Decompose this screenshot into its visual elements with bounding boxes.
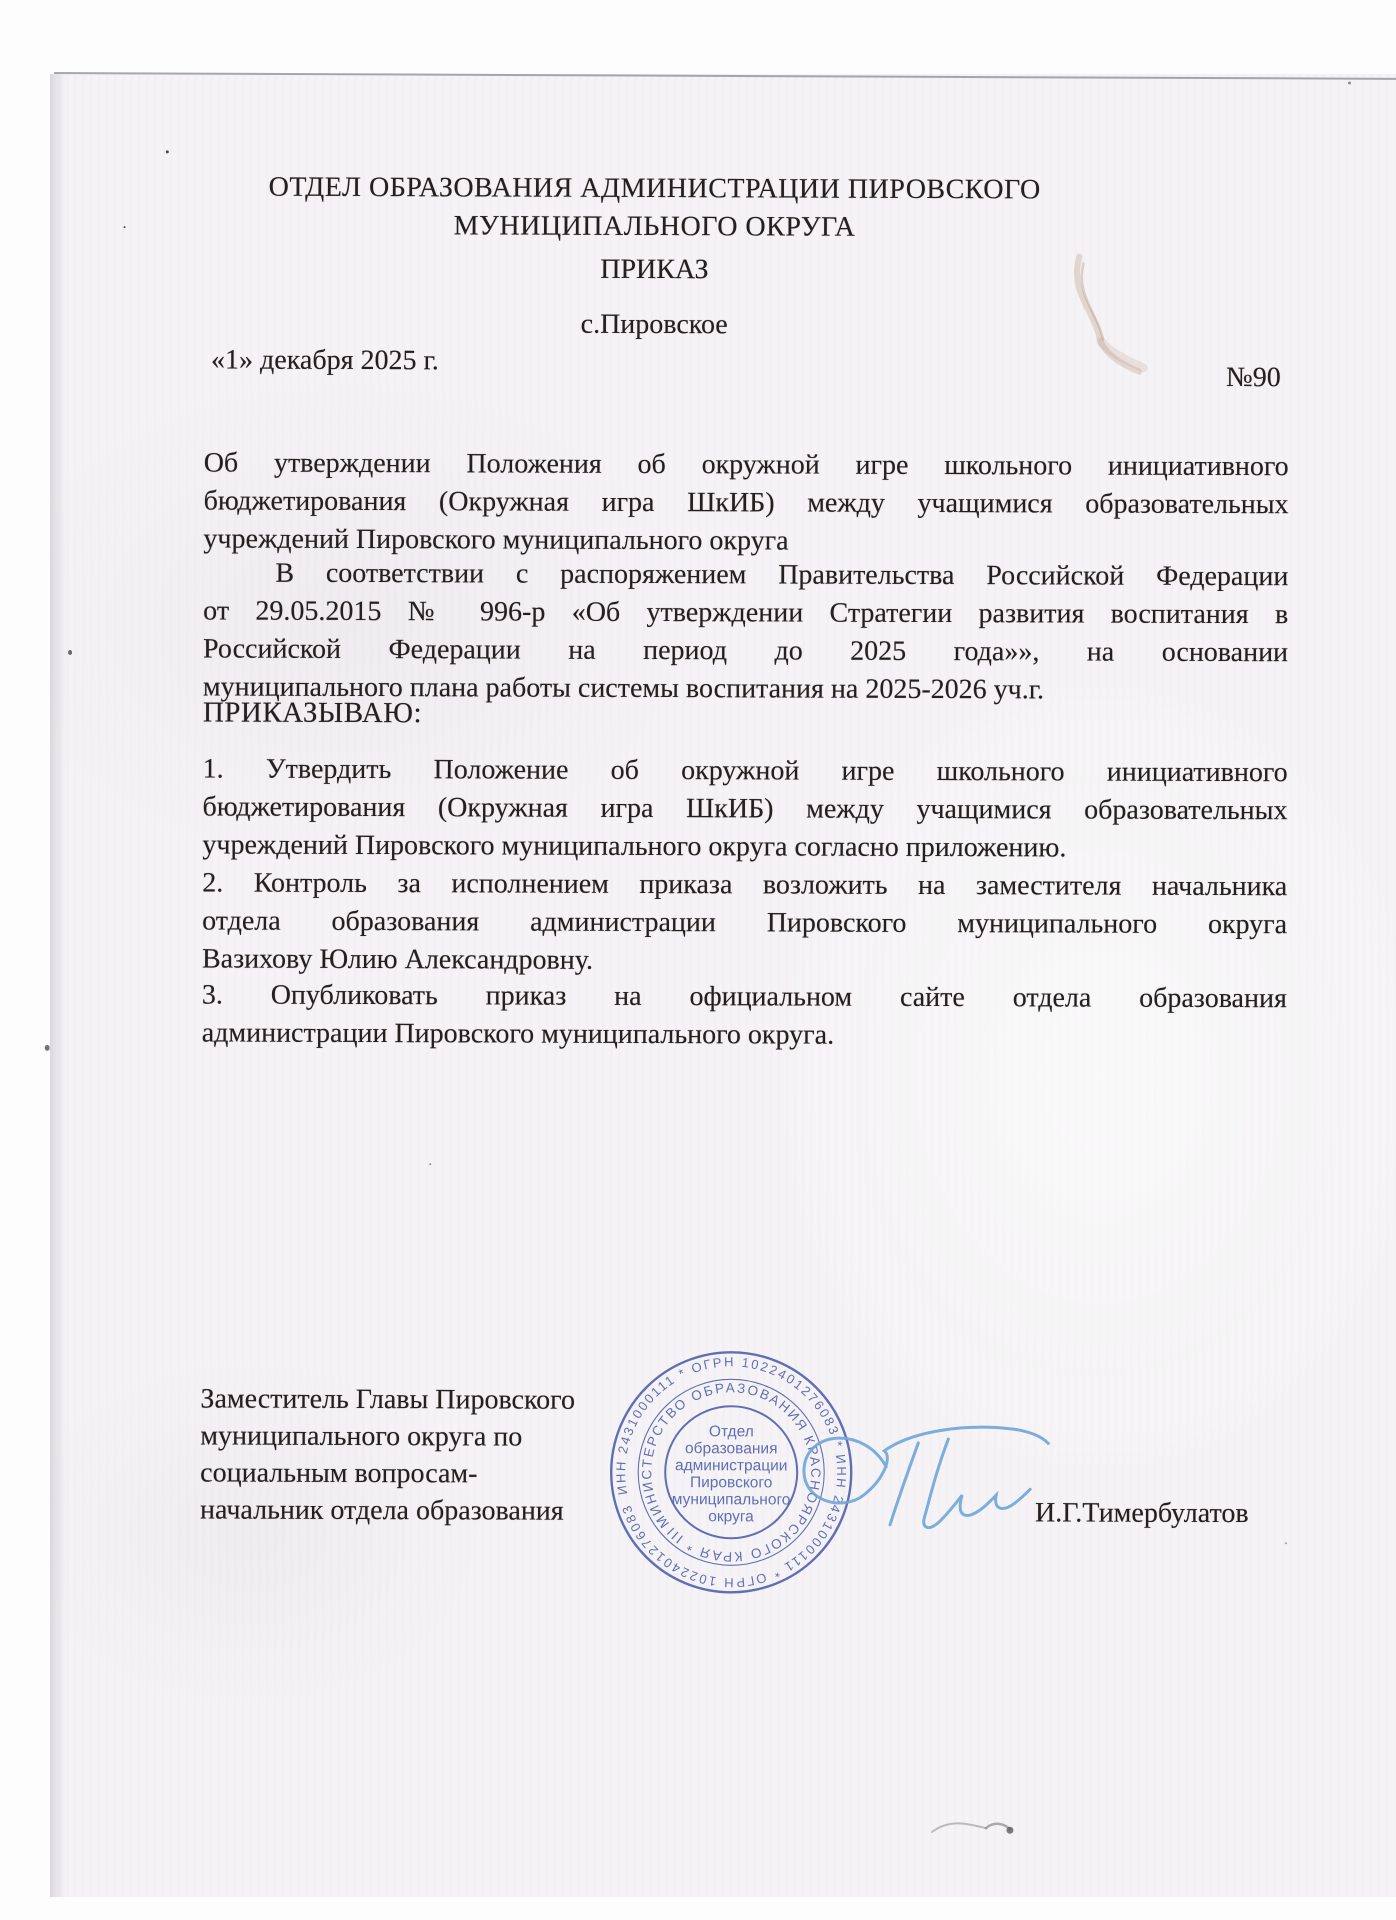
subject-line: Об утверждении Положения об окружной игр… bbox=[204, 444, 1289, 486]
subject-paragraph: Об утверждении Положения об окружной игр… bbox=[203, 444, 1288, 562]
org-name-line2: МУНИЦИПАЛЬНОГО ОКРУГА bbox=[249, 207, 1059, 248]
seal-center-line: Пировского bbox=[690, 1474, 772, 1491]
document-number: №90 bbox=[1226, 362, 1281, 394]
settlement-name: с.Пировское bbox=[249, 308, 1059, 343]
order-item-line: 2. Контроль за исполнением приказа возло… bbox=[202, 864, 1287, 906]
order-item-line: 1. Утвердить Положение об окружной игре … bbox=[203, 750, 1288, 792]
subject-line: бюджетирования (Окружная игра ШкИБ) межд… bbox=[204, 482, 1289, 524]
intro-paragraph: В соответствии с распоряжением Правитель… bbox=[203, 554, 1289, 710]
signature-ink bbox=[790, 1408, 1071, 1579]
scan-speck bbox=[1348, 81, 1351, 84]
order-item-3: 3. Опубликовать приказ на официальном са… bbox=[202, 976, 1287, 1056]
scanned-document-page: { "page": { "paper_color": "#f5f3f5", "i… bbox=[0, 0, 1396, 1920]
document-content: ОТДЕЛ ОБРАЗОВАНИЯ АДМИНИСТРАЦИИ ПИРОВСКО… bbox=[0, 0, 1396, 1920]
org-name-heading: ОТДЕЛ ОБРАЗОВАНИЯ АДМИНИСТРАЦИИ ПИРОВСКО… bbox=[249, 169, 1059, 248]
scan-speck bbox=[429, 1163, 431, 1165]
intro-line: от 29.05.2015 № 996-р «Об утверждении Ст… bbox=[203, 592, 1288, 634]
seal-center-line: муниципального bbox=[672, 1491, 791, 1508]
order-item-line: администрации Пировского муниципального … bbox=[202, 1014, 1287, 1056]
scan-speck bbox=[45, 1045, 50, 1051]
scan-speck bbox=[1285, 1542, 1287, 1544]
scan-speck bbox=[124, 226, 126, 228]
scan-speck bbox=[166, 150, 169, 153]
intro-line: В соответствии с распоряжением Правитель… bbox=[203, 554, 1288, 596]
order-item-1: 1. Утвердить Положение об окружной игре … bbox=[202, 750, 1287, 868]
order-item-line: отдела образования администрации Пировск… bbox=[202, 902, 1287, 944]
order-item-line: бюджетирования (Окружная игра ШкИБ) межд… bbox=[202, 788, 1287, 830]
order-keyword: ПРИКАЗЫВАЮ: bbox=[203, 696, 422, 730]
signature-graphic bbox=[790, 1408, 1071, 1579]
document-type-title: ПРИКАЗ bbox=[249, 253, 1059, 288]
order-item-line: Вазихову Юлию Александровну. bbox=[202, 940, 1287, 982]
order-item-line: 3. Опубликовать приказ на официальном са… bbox=[202, 976, 1287, 1018]
order-item-line: учреждений Пировского муниципального окр… bbox=[202, 826, 1287, 868]
paper-stain bbox=[1049, 241, 1170, 391]
seal-center-line: администрации bbox=[675, 1457, 788, 1474]
seal-center-line: образования bbox=[685, 1440, 777, 1457]
intro-line: Российской Федерации на период до 2025 г… bbox=[203, 630, 1288, 672]
order-item-2: 2. Контроль за исполнением приказа возло… bbox=[202, 864, 1287, 982]
seal-center-line: округа bbox=[708, 1508, 754, 1525]
document-date: «1» декабря 2025 г. bbox=[211, 344, 439, 377]
scan-speck bbox=[68, 650, 72, 655]
pencil-smudge bbox=[924, 1806, 1034, 1846]
seal-center-line: Отдел bbox=[709, 1423, 754, 1440]
org-name-line1: ОТДЕЛ ОБРАЗОВАНИЯ АДМИНИСТРАЦИИ ПИРОВСКО… bbox=[250, 169, 1060, 210]
